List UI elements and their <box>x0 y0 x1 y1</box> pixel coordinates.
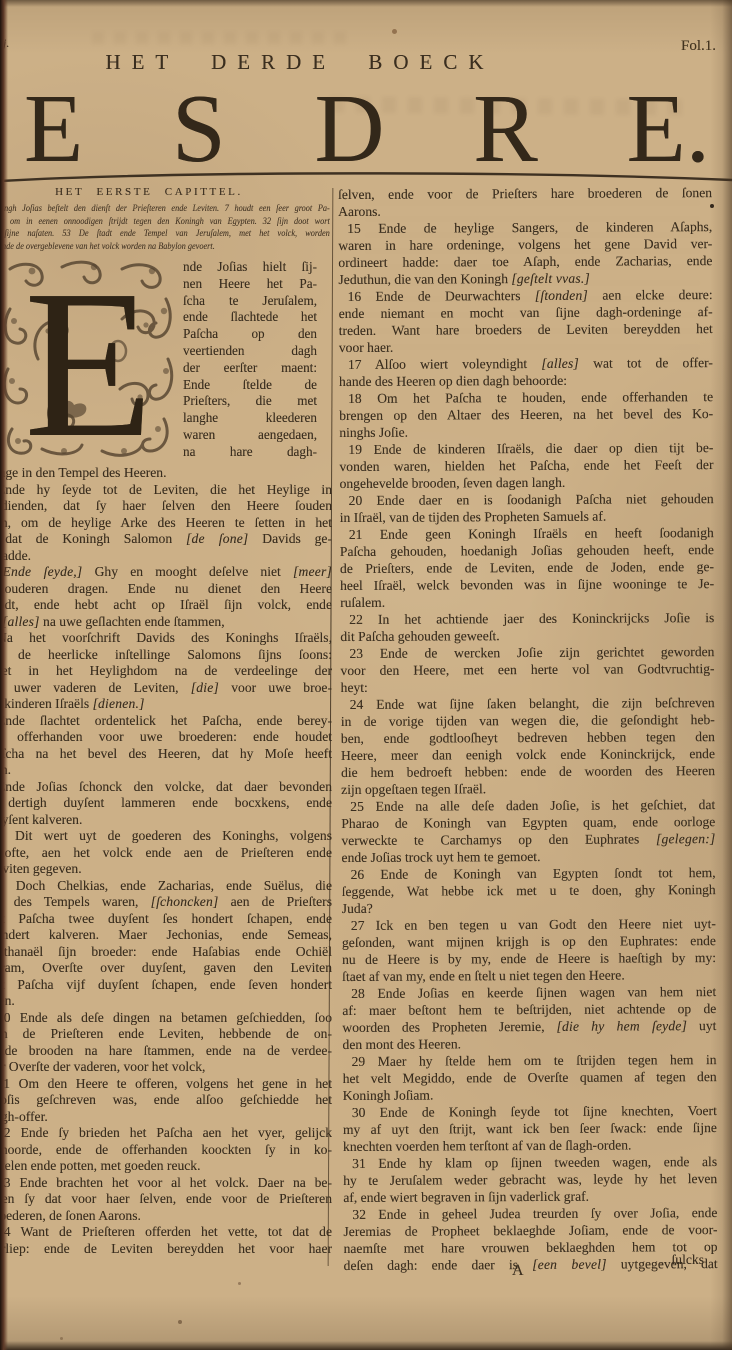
text-line: behoorde, ende de offerhanden koockten ſ… <box>0 1142 332 1159</box>
text-line: den de Prieſteren ende Leviten, hebbende… <box>0 1026 332 1043</box>
text-line: den mont des Heeren. <box>342 1034 716 1053</box>
text-line: Moſis geſchreven was, ende alſoo geſchie… <box>0 1092 332 1109</box>
title-letter: S <box>172 86 226 172</box>
text-line: 14 Want de Prieſteren offerden het vette… <box>0 1224 332 1241</box>
text-line: hande des Heeren op dien dagh behoorde: <box>339 371 713 390</box>
text-line: 13 Ende brachten het voor al het volck. … <box>0 1175 332 1192</box>
text-line: naemſte met hare vrouwen beklaeghden hem… <box>344 1238 718 1257</box>
text-line: woorden des Propheten Jeremie, [die hy h… <box>342 1017 716 1036</box>
text-line: my af uyt den ſtrijt, want ick ben ſeer … <box>343 1119 717 1138</box>
text-line: heel Iſraël, welck bevonden was in ſijne… <box>340 575 714 594</box>
text-line: de Prieſters, ende de Leviten, ende de J… <box>340 558 714 577</box>
text-line: ſchouderen dragen. Ende nu dienet den He… <box>0 581 332 598</box>
ink-spot <box>238 1282 241 1285</box>
text-line: dit Paſcha gehouden geweeſt. <box>340 626 714 645</box>
text-line: Ende ſlachtet ordentelick het Paſcha, en… <box>0 713 332 730</box>
text-line: waren in hare ordeninge, volgens het gen… <box>338 235 712 254</box>
chapter-heading: HET EERSTE CAPITTEL. <box>6 186 292 198</box>
text-line: 24 Ende wat ſijne ſaken belanght, die zi… <box>341 694 715 713</box>
text-line: 29 Maer hy ſtelde hem om te ſtrijden teg… <box>343 1051 717 1070</box>
title-letter: R <box>473 86 538 172</box>
page-edge-bottom <box>0 1341 732 1350</box>
text-line: bedienden, dat ſy haer ſelven den Heere … <box>0 498 332 515</box>
text-line: die hem bedroeft hebben: ende de woorden… <box>341 762 715 781</box>
text-line: ruſalem. <box>340 592 714 611</box>
page-edge-top <box>0 0 732 7</box>
text-line: 12 Ende ſy brieden het Paſcha aen het vy… <box>0 1125 332 1142</box>
text-line: Joram, Overſte over duyſent, gaven den L… <box>0 960 332 977</box>
text-line: vonden waren, hielden het Paſcha, ende h… <box>339 456 713 475</box>
text-line: heyt: <box>341 677 715 696</box>
text-line: nu de Heere is by my, ende de Heere is h… <box>342 949 716 968</box>
ink-spot <box>392 29 397 34</box>
text-line: Koningh Joſiam. <box>343 1085 717 1104</box>
text-line: Nathanaël ſijn broeder: ende Haſabias en… <box>0 944 332 961</box>
text-line: in Iſraël, van de tijden des Propheten S… <box>340 507 714 526</box>
title-letter: E <box>24 86 83 172</box>
text-line: na de heerlicke inſtellinge Salomons ſij… <box>0 647 332 664</box>
text-line: , dertigh duyſent lammeren ende bocxkens… <box>0 795 332 812</box>
text-line: Heere, meer dan eenigh volck ende Koninc… <box>341 745 715 764</box>
text-line: , dat de Koningh Salomon [de ſone] David… <box>0 531 332 548</box>
text-line: af, ende wiert begraven in ſijn vaderlic… <box>343 1187 717 1206</box>
text-line: der Overſte der vaderen, voor het volck, <box>0 1059 332 1076</box>
text-line: eren. <box>0 993 332 1010</box>
text-line: brengen op den Altaer des Heeren, na het… <box>339 405 713 424</box>
running-head: HET DERDE BOECK <box>20 50 580 75</box>
text-line: [Ende ſeyde,] Ghy en mooght deſelve niet… <box>0 564 332 581</box>
text-line: veertienden dagh <box>183 343 317 360</box>
text-line: yt [alles] na uwe geſlachten ende ſtamme… <box>0 614 332 631</box>
verso-showthrough <box>92 32 352 44</box>
text-line: Paſcha gehouden, hoedanigh Joſias gehoud… <box>340 541 714 560</box>
text-line: 27 Ick en ben tegen u van Godt den Heere… <box>342 915 716 934</box>
ink-spot <box>178 1320 182 1324</box>
text-line: 8 Dit wert uyt de goederen des Koninghs,… <box>0 828 332 845</box>
text-line: in de vorige tijden van wegen die, die g… <box>341 711 715 730</box>
text-line: Koningh Joſias beſtelt den dienſt der Pr… <box>0 202 330 215</box>
text-line: verweckte te Carchamys op den Euphrates … <box>341 830 715 849</box>
text-line: 16 Ende de Deurwachters [ſtonden] aen el… <box>339 286 713 305</box>
text-line: dden ſy dat voor haer ſelven, ende voor … <box>0 1191 332 1208</box>
text-line: het Paſcha twee duyſent ſes hondert ſcha… <box>0 911 332 928</box>
text-line: 18 Om het Paſcha te houden, ende offerha… <box>339 388 713 407</box>
text-line: 31 Ende hy klam op ſijnen tweeden wagen,… <box>343 1153 717 1172</box>
text-line: ende Joſias trock uyt hem te gemoet. <box>341 847 715 866</box>
text-line: nen Heere het Pa- <box>183 276 317 293</box>
text-line: 20 Ende daer en is ſoodanigh Paſcha niet… <box>340 490 714 509</box>
text-line: ſtaet af van my, ende en ſtelt u niet te… <box>342 966 716 985</box>
text-line: nde Joſias hielt ſij- <box>183 259 317 276</box>
text-line: ninghs Joſie. <box>339 422 713 441</box>
text-line: de kinderen Iſraëls [dienen.] <box>0 696 332 713</box>
catchword: ſulcks <box>672 1252 704 1268</box>
text-line: der eerſter maent: <box>183 360 317 377</box>
text-line: Juda? <box>342 898 716 917</box>
text-line: af: maer beſtont hem te beſtrijden, niet… <box>342 1000 716 1019</box>
text-line: 22 In het achtiende jaer des Koninckrijc… <box>340 609 714 628</box>
text-line: ven. <box>0 762 332 779</box>
text-line: het velt Megiddo, ende de Overſte quamen… <box>343 1068 717 1087</box>
text-line: 23 Ende de wercken Joſie zijn gerichtet … <box>340 643 714 662</box>
text-line: 9 Doch Chelkias, ende Zacharias, ende Su… <box>0 878 332 895</box>
left-column-text: ninge in den Tempel des Heeren.Ende hy ſ… <box>0 465 332 1257</box>
text-line: voor haer. <box>339 337 713 356</box>
right-column: ſelven, ende voor de Prieſters hare broe… <box>338 184 718 1274</box>
text-line: ſte uwer vaderen de Leviten, [die] voor … <box>0 680 332 697</box>
text-line: hondert kalveren. Maer Jechonias, ende S… <box>0 927 332 944</box>
text-line: deſen dagh: ende daer is [een bevel] uyt… <box>344 1255 718 1274</box>
text-line: broederen, de ſonen Aarons. <box>0 1208 332 1225</box>
text-line: ketelen ende potten, met goeden reuck. <box>0 1158 332 1175</box>
text-line: 17 Alſoo wiert voleyndight [alles] wat t… <box>339 354 713 373</box>
text-line: Ende ſtelde de <box>183 377 317 394</box>
text-line: ende niemant en mocht van ſijne dagh-ord… <box>339 303 713 322</box>
text-line: knechten voerden hem terſtont af van de … <box>343 1136 717 1155</box>
text-line: Leviten gegeven. <box>0 861 332 878</box>
text-line: ninge in den Tempel des Heeren. <box>0 465 332 482</box>
text-line: langhe kleederen <box>183 410 317 427</box>
ink-spot <box>60 1337 63 1340</box>
text-line: voor den Heere, met een herte vol van Go… <box>340 660 714 679</box>
text-line: velde brooden na hare ſtammen, ende na d… <box>0 1043 332 1060</box>
text-line: 28 Ende Joſias en keerde ſijnen wagen va… <box>342 983 716 1002</box>
text-line: komt om in eenen onnoodigen ſtrijdt tege… <box>0 215 330 228</box>
text-line: 19 Ende de kinderen Iſraëls, die daer op… <box>339 439 713 458</box>
scanned-book-page: .j. Fol.1. HET DERDE BOECK ESDRE. HET EE… <box>0 0 732 1350</box>
text-line: waren aengedaen, <box>183 427 317 444</box>
text-line: ben, ende godtlooſheyt bedreven hebben t… <box>341 728 715 747</box>
text-line: Jeduthun, die van den Koningh [geſtelt v… <box>338 269 712 288</box>
dropcap-wrapped-text: nde Joſias hielt ſij-nen Heere het Pa-ſc… <box>183 259 317 461</box>
header-rule <box>0 168 732 184</box>
text-line: geſonden, want mijnen krijgh is op den E… <box>342 932 716 951</box>
woodcut-initial-E: E <box>2 259 174 459</box>
title-letter: D <box>314 86 384 172</box>
text-line: ſte des Tempels waren, [ſchoncken] aen d… <box>0 894 332 911</box>
text-line: de offerhanden voor uwe broederen: ende … <box>0 729 332 746</box>
left-column: HET EERSTE CAPITTEL. Koningh Joſias beſt… <box>0 186 332 1257</box>
text-line: 25 Ende na alle deſe daden Joſie, is het… <box>341 796 715 815</box>
text-line: 30 Ende de Koningh ſeyde tot ſijne knech… <box>343 1102 717 1121</box>
folio-number: Fol.1. <box>681 38 716 55</box>
text-line: duyſent kalveren. <box>0 812 332 829</box>
text-line: belofte, aen het volck ende aen de Prieſ… <box>0 845 332 862</box>
text-line: 34 ſijne naſaten. 53 De ſtadt ende Tempe… <box>0 227 330 240</box>
text-line: 32 Ende in geheel Judea treurden ſy over… <box>343 1204 717 1223</box>
text-line: Pharao de Koningh van Egypten quam, ende… <box>341 813 715 832</box>
right-column-text: ſelven, ende voor de Prieſters hare broe… <box>338 184 718 1274</box>
book-title: ESDRE. <box>24 86 710 174</box>
text-line: Prieſters, die met <box>183 393 317 410</box>
text-line: 26 Ende de Koningh van Egypten ſondt tot… <box>342 864 716 883</box>
text-line: Godt, ende hebt acht op Iſraël ſijn volc… <box>0 597 332 614</box>
text-line: Ende hy ſeyde tot de Leviten, die het He… <box>0 482 332 499</box>
text-line: gen, om de heylige Arke des Heeren te ſe… <box>0 515 332 532</box>
text-line: 21 Ende geen Koningh Iſraëls en heeft ſo… <box>340 524 714 543</box>
text-line: treden. Want hare broeders de Leviten be… <box>339 320 713 339</box>
text-line: ongehevelde brooden, ſeven dagen langh. <box>340 473 714 492</box>
signature-mark: A <box>512 1262 524 1280</box>
text-line: 11 Om den Heere te offeren, volgens het … <box>0 1076 332 1093</box>
text-line: ſeggende, Wat hebbe ick met u te doen, g… <box>342 881 716 900</box>
text-line: Paſcha op den <box>183 326 317 343</box>
text-line: zijn opgeſtaen tegen Iſraël. <box>341 779 715 798</box>
text-line: 15 Ende de heylige Sangers, de kinderen … <box>338 218 712 237</box>
text-line: 10 Ende als deſe dingen na betamen geſch… <box>0 1010 332 1027</box>
text-line: Na het voorſchrift Davids des Koninghs I… <box>0 630 332 647</box>
text-line: t hadde. <box>0 548 332 565</box>
dropcap-letter: E <box>24 259 154 459</box>
text-line: na hare dagh- <box>183 444 317 461</box>
text-line: ordineert hadde: daer toe Aſaph, ende Za… <box>338 252 712 271</box>
handwritten-margin-mark: .j. <box>0 36 9 51</box>
text-line: verliep: ende de Leviten bereydden het v… <box>0 1241 332 1258</box>
text-line: 56 ende de overgeblevene van het volck w… <box>0 240 330 253</box>
chapter-summary: Koningh Joſias beſtelt den dienſt der Pr… <box>0 202 330 252</box>
dropcap-row: E nde Joſias hielt ſij-nen Heere het Pa-… <box>0 259 332 461</box>
text-line: ſtaet in het Heylighdom na de verdeeling… <box>0 663 332 680</box>
text-line: hy te Jeruſalem weder gebracht was, leyd… <box>343 1170 717 1189</box>
text-line: Jeremias de Propheet beklaeghde Joſiam, … <box>343 1221 717 1240</box>
text-line: ſelven, ende voor de Prieſters hare broe… <box>338 184 712 203</box>
text-line: oegh-offer. <box>0 1109 332 1126</box>
text-line: ende ſlachtede het <box>183 309 317 326</box>
text-line: het Paſcha vijf duyſent ſchapen, ende ſe… <box>0 977 332 994</box>
text-line: Ende Joſias ſchonck den volcke, dat daer… <box>0 779 332 796</box>
title-letter: E. <box>626 86 710 172</box>
text-line: Aarons. <box>338 201 712 220</box>
text-line: Paſcha na het bevel des Heeren, dat hy M… <box>0 746 332 763</box>
text-line: ſcha te Jeruſalem, <box>183 293 317 310</box>
